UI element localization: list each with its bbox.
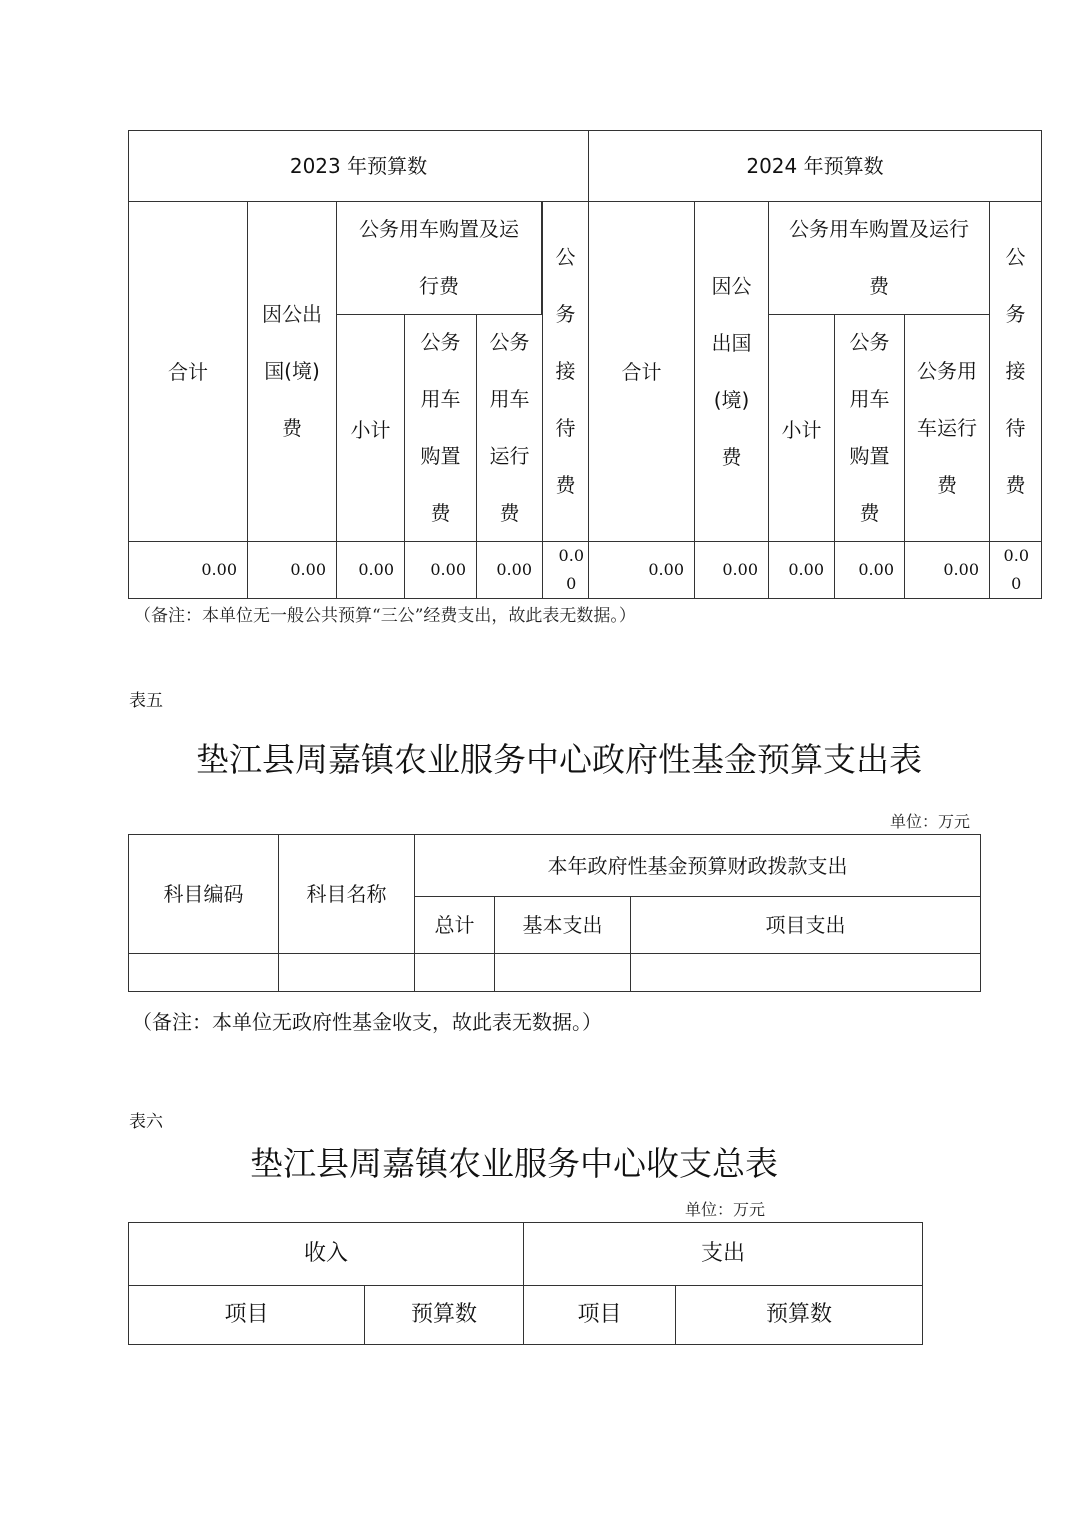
value-2024-total: 0.00: [588, 541, 695, 599]
col-expense-item-header: 项目: [523, 1285, 676, 1345]
col-2023-subtotal-header: 小计: [336, 314, 405, 542]
table5-title: 垫江县周嘉镇农业服务中心政府性基金预算支出表: [196, 734, 922, 781]
col-basic-header: 基本支出: [494, 896, 631, 954]
table6-title: 垫江县周嘉镇农业服务中心收支总表: [250, 1138, 778, 1185]
col-group-header: 本年政府性基金预算财政拨款支出: [414, 834, 981, 897]
col-2023-overseas-header: 因公出 国(境) 费: [247, 201, 337, 542]
cell-project: [630, 953, 981, 992]
col-2024-vehicle-group-header: 公务用车购置及运行 费: [768, 201, 990, 315]
col-expense-budget-header: 预算数: [675, 1285, 923, 1345]
col-expense-header: 支出: [523, 1222, 923, 1286]
col-income-item-header: 项目: [128, 1285, 365, 1345]
cell-code: [128, 953, 279, 992]
col-2024-vehicle-purchase-header: 公务 用车 购置 费: [834, 314, 905, 542]
value-2023-vehicle-operation: 0.00: [476, 541, 543, 599]
value-2024-subtotal: 0.00: [768, 541, 835, 599]
col-2023-total-header: 合计: [128, 201, 248, 542]
value-2023-reception: 0.0 0: [542, 541, 589, 599]
col-subject-name-header: 科目名称: [278, 834, 415, 954]
col-2024-overseas-header: 因公 出国 (境) 费: [694, 201, 769, 542]
value-2024-vehicle-operation: 0.00: [904, 541, 990, 599]
col-subject-code-header: 科目编码: [128, 834, 279, 954]
value-2023-overseas: 0.00: [247, 541, 337, 599]
col-2024-total-header: 合计: [588, 201, 695, 542]
col-income-header: 收入: [128, 1222, 524, 1286]
cell-basic: [494, 953, 631, 992]
value-2024-overseas: 0.00: [694, 541, 769, 599]
table4-note: （备注：本单位无一般公共预算“三公”经费支出，故此表无数据。）: [134, 601, 636, 626]
col-2023-vehicle-purchase-header: 公务 用车 购置 费: [404, 314, 477, 542]
year-2023-header: 2023 年预算数: [128, 130, 589, 202]
value-2023-subtotal: 0.00: [336, 541, 405, 599]
value-2023-total: 0.00: [128, 541, 248, 599]
cell-name: [278, 953, 415, 992]
col-2024-reception-header: 公 务 接 待 费: [989, 201, 1042, 542]
col-2024-vehicle-operation-header: 公务用 车运行 费: [904, 314, 990, 542]
col-income-budget-header: 预算数: [364, 1285, 524, 1345]
col-2023-vehicle-group-header: 公务用车购置及运 行费: [336, 201, 542, 315]
value-2024-reception: 0.0 0: [989, 541, 1042, 599]
col-total-header: 总计: [414, 896, 495, 954]
col-project-header: 项目支出: [630, 896, 981, 954]
value-2024-vehicle-purchase: 0.00: [834, 541, 905, 599]
table5-note: （备注：本单位无政府性基金收支，故此表无数据。）: [132, 1006, 602, 1035]
col-2023-reception-header: 公 务 接 待 费: [542, 201, 589, 542]
cell-total: [414, 953, 495, 992]
col-2024-subtotal-header: 小计: [768, 314, 835, 542]
table6-label: 表六: [129, 1107, 163, 1132]
value-2023-vehicle-purchase: 0.00: [404, 541, 477, 599]
year-2024-header: 2024 年预算数: [588, 130, 1042, 202]
col-2023-vehicle-operation-header: 公务 用车 运行 费: [476, 314, 543, 542]
table5-label: 表五: [129, 686, 163, 711]
table6-unit: 单位：万元: [685, 1197, 765, 1220]
table5-unit: 单位：万元: [890, 809, 970, 832]
